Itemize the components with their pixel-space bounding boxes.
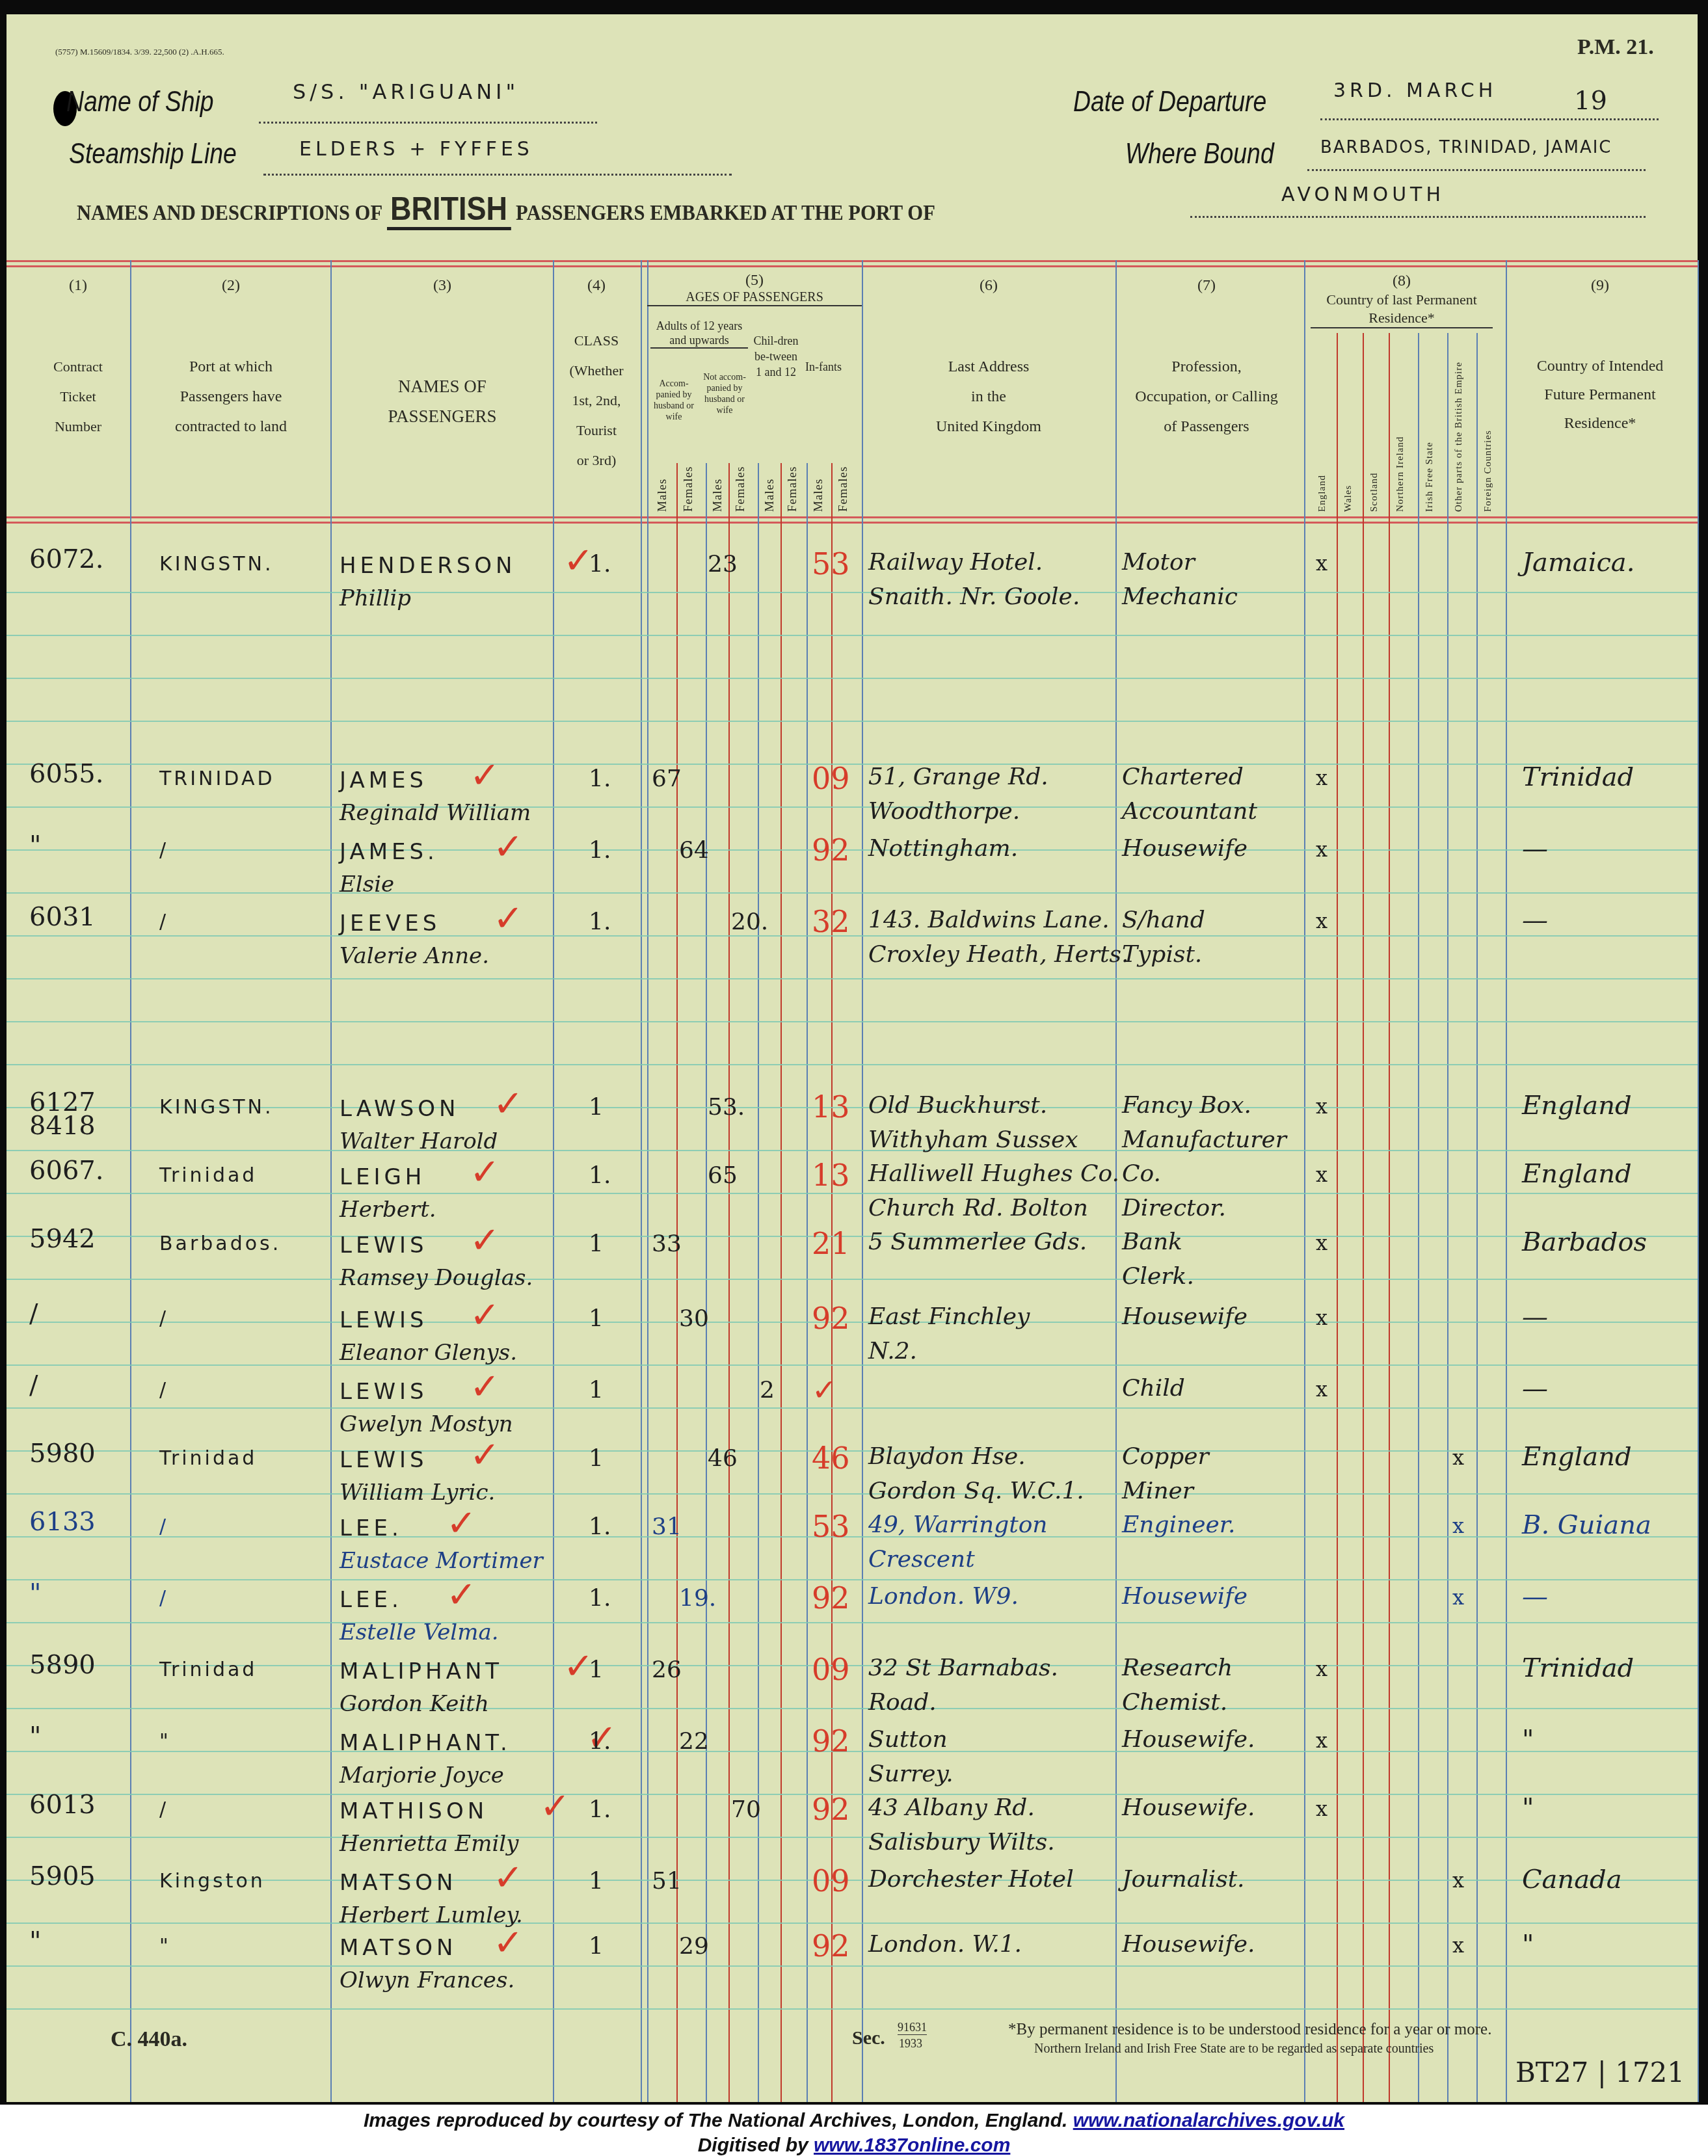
red-ink-code: 09 — [812, 1652, 850, 1687]
passenger-given-names: Herbert. — [340, 1197, 436, 1223]
red-ink-code: 92 — [812, 1792, 850, 1827]
passenger-class: 1 — [589, 1094, 604, 1121]
residence-cross-mark: x — [1452, 1933, 1464, 1958]
verified-check-icon: ✓ — [470, 754, 500, 797]
red-ink-code: 92 — [812, 832, 850, 868]
ticket-number: " — [29, 1582, 41, 1605]
verified-check-icon: ✓ — [470, 1294, 500, 1337]
col8-header: (8)Country of last Permanent Residence* — [1304, 271, 1499, 328]
verified-check-icon: ✓ — [470, 1219, 500, 1262]
passenger-given-names: Marjorie Joyce — [340, 1763, 504, 1789]
last-address-line1: Halliwell Hughes Co. — [868, 1160, 1119, 1187]
passenger-age: 22 — [679, 1728, 709, 1755]
passenger-class: 1 — [589, 1231, 604, 1257]
date-year: 19 — [1574, 86, 1607, 116]
last-address-line1: Dorchester Hotel — [868, 1866, 1074, 1893]
date-dotted-line — [1320, 118, 1659, 120]
bound-label: Where Bound — [1125, 138, 1274, 170]
future-residence: — — [1522, 1582, 1548, 1612]
last-address-line1: 143. Baldwins Lane. — [868, 907, 1110, 933]
age-subcol-0: Males — [656, 466, 670, 512]
ticket-number: 6067. — [29, 1159, 104, 1182]
print-reference: (5757) M.15609/1834. 3/39. 22,500 (2) .A… — [55, 47, 224, 57]
ticket-number: 6133 — [29, 1510, 96, 1534]
port-of-landing: KINGSTN. — [159, 1096, 274, 1119]
red-ink-code: 09 — [812, 761, 850, 796]
port-of-landing: KINGSTN. — [159, 553, 274, 576]
passenger-age: 31 — [652, 1513, 682, 1540]
port-value: AVONMOUTH — [1281, 183, 1445, 206]
ticket-number: 6013 — [29, 1793, 96, 1817]
residence-subcol-5: Other parts of the British Empire — [1454, 339, 1465, 512]
last-address-line1: Sutton — [868, 1726, 948, 1753]
passenger-class: 1 — [589, 1445, 604, 1472]
port-of-landing: " — [159, 1730, 171, 1753]
occupation-line1: Chartered — [1122, 764, 1244, 790]
occupation-line1: Housewife — [1122, 835, 1248, 862]
last-address-line1: Old Buckhurst. — [868, 1092, 1047, 1119]
passenger-age: 64 — [679, 837, 709, 864]
passenger-class: 1 — [589, 1868, 604, 1895]
passenger-given-names: Estelle Velma. — [340, 1619, 498, 1645]
passenger-age: 23 — [708, 551, 738, 578]
occupation-line1: Housewife — [1122, 1583, 1248, 1610]
occupation-line1: Fancy Box. — [1122, 1092, 1251, 1119]
ticket-number: 6055. — [29, 762, 104, 786]
port-of-landing: / — [159, 1515, 168, 1538]
last-address-line2: N.2. — [868, 1338, 917, 1364]
age-subcol-7: Females — [836, 466, 851, 512]
ticket-number: 6127 8418 — [29, 1091, 96, 1138]
verified-check-icon: ✓ — [470, 1151, 500, 1193]
bound-dotted-line — [1307, 169, 1646, 171]
ticket-number: 5890 — [29, 1653, 96, 1677]
port-of-landing: / — [159, 1587, 168, 1610]
occupation-line2: Accountant — [1122, 798, 1257, 825]
occupation-line1: Housewife — [1122, 1303, 1248, 1330]
sec-numerator: 91631 — [898, 2021, 927, 2035]
port-of-landing: / — [159, 1307, 168, 1330]
residence-subcol-2: Scotland — [1369, 339, 1380, 512]
last-address-line2: Surrey. — [868, 1761, 954, 1787]
port-of-landing: Trinidad — [159, 1447, 257, 1470]
last-address-line2: Snaith. Nr. Goole. — [868, 583, 1080, 610]
passenger-list-page: (5757) M.15609/1834. 3/39. 22,500 (2) .A… — [7, 14, 1698, 2102]
residence-cross-mark: x — [1316, 837, 1328, 862]
passenger-class: 1 — [589, 1377, 604, 1404]
last-address-line2: Woodthorpe. — [868, 798, 1020, 825]
not-accompanied-subheader: Not accom-panied by husband or wife — [701, 372, 748, 416]
passenger-surname: MALIPHANT. — [340, 1730, 511, 1756]
occupation-line1: S/hand — [1122, 907, 1205, 933]
col7-header: (7)Profession, Occupation, or Calling of… — [1112, 271, 1301, 442]
occupation-line1: Motor — [1122, 549, 1195, 576]
red-ink-code: 92 — [812, 1580, 850, 1616]
occupation-line1: Child — [1122, 1375, 1185, 1402]
occupation-line2: Clerk. — [1122, 1263, 1194, 1290]
red-ink-code: 13 — [812, 1158, 850, 1193]
residence-cross-mark: x — [1316, 1728, 1328, 1753]
last-address-line1: 5 Summerlee Gds. — [868, 1229, 1087, 1255]
future-residence: Trinidad — [1522, 1653, 1634, 1683]
last-address-line1: 49, Warrington — [868, 1511, 1048, 1538]
passenger-given-names: Gordon Keith — [340, 1691, 489, 1717]
last-address-line1: Nottingham. — [868, 835, 1018, 862]
passenger-age: 2 — [760, 1377, 775, 1404]
ticket-number: 5942 — [29, 1227, 96, 1251]
future-residence: Jamaica. — [1522, 548, 1635, 578]
verified-check-icon: ✓ — [493, 1857, 524, 1899]
port-of-landing: / — [159, 1379, 168, 1402]
sec-label: Sec. — [852, 2027, 885, 2049]
passenger-age: 26 — [652, 1657, 682, 1683]
residence-cross-mark: x — [1316, 1231, 1328, 1255]
last-address-line2: Church Rd. Bolton — [868, 1195, 1088, 1221]
passenger-surname: LEE. — [340, 1515, 403, 1541]
occupation-line1: Housewife. — [1122, 1794, 1255, 1821]
passenger-class: 1. — [589, 1728, 611, 1755]
sec-denominator: 1933 — [899, 2037, 922, 2051]
port-of-landing: / — [159, 1798, 168, 1821]
red-ink-code: 53 — [812, 1509, 850, 1544]
age-subcol-3: Females — [734, 466, 748, 512]
verified-check-icon: ✓ — [540, 1785, 570, 1828]
passenger-given-names: Valerie Anne. — [340, 943, 489, 969]
residence-cross-mark: x — [1452, 1868, 1464, 1893]
passenger-age: 70 — [731, 1796, 761, 1823]
passenger-surname: LEWIS — [340, 1447, 428, 1473]
red-ink-code: 53 — [812, 546, 850, 581]
occupation-line1: Engineer. — [1122, 1511, 1236, 1538]
port-of-landing: / — [159, 839, 168, 862]
red-ink-code: 21 — [812, 1226, 850, 1261]
accompanied-subheader: Accom-panied by husband or wife — [650, 379, 697, 423]
passenger-age: 30 — [679, 1305, 709, 1332]
verified-check-icon: ✓ — [446, 1502, 477, 1545]
passenger-given-names: Eleanor Glenys. — [340, 1340, 517, 1366]
passenger-class: 1 — [589, 1933, 604, 1960]
passenger-age: 46 — [708, 1445, 738, 1472]
verified-check-icon: ✓ — [493, 1083, 524, 1125]
future-residence: Barbados — [1522, 1227, 1647, 1257]
future-residence: Canada — [1522, 1865, 1622, 1895]
date-label: Date of Departure — [1073, 86, 1266, 118]
residence-subcol-3: Northern Ireland — [1395, 339, 1406, 512]
passenger-age: 53. — [708, 1094, 745, 1121]
passenger-surname: MALIPHANT — [340, 1658, 503, 1684]
passenger-surname: JAMES. — [340, 839, 438, 865]
last-address-line1: Blaydon Hse. — [868, 1443, 1026, 1470]
ticket-number: 5980 — [29, 1442, 96, 1465]
passenger-given-names: Olwyn Frances. — [340, 1967, 514, 1993]
occupation-line1: Housewife. — [1122, 1931, 1255, 1958]
passenger-surname: JAMES — [340, 767, 427, 793]
age-subcol-4: Males — [763, 466, 777, 512]
digitised-credit: Digitised by www.1837online.com — [0, 2135, 1708, 2156]
red-ink-code: 09 — [812, 1863, 850, 1898]
title-emph: BRITISH — [387, 191, 511, 230]
residence-subcol-0: England — [1317, 339, 1328, 512]
passenger-given-names: Henrietta Emily — [340, 1831, 518, 1857]
last-address-line1: 43 Albany Rd. — [868, 1794, 1035, 1821]
future-residence: — — [1522, 905, 1548, 935]
residence-cross-mark: x — [1316, 551, 1328, 576]
ticket-number: " — [29, 834, 41, 857]
age-subcol-6: Males — [812, 466, 826, 512]
archive-credit: Images reproduced by courtesy of The Nat… — [0, 2110, 1708, 2132]
occupation-line2: Director. — [1122, 1195, 1226, 1221]
passenger-given-names: Reginald William — [340, 800, 531, 826]
passenger-surname: LAWSON — [340, 1096, 460, 1122]
passenger-age: 51 — [652, 1868, 682, 1895]
residence-cross-mark: x — [1316, 1305, 1328, 1330]
passenger-surname: LEWIS — [340, 1379, 428, 1405]
port-of-landing: TRINIDAD — [159, 767, 275, 790]
future-residence: " — [1522, 1793, 1534, 1823]
red-ink-code: 32 — [812, 904, 850, 939]
passenger-given-names: Gwelyn Mostyn — [340, 1411, 513, 1437]
red-ink-code: 92 — [812, 1301, 850, 1336]
passenger-class: 1. — [589, 1162, 611, 1189]
passenger-class: 1. — [589, 909, 611, 935]
residence-subcol-4: Irish Free State — [1424, 339, 1435, 512]
verified-check-icon: ✓ — [470, 1366, 500, 1408]
future-residence: B. Guiana — [1522, 1510, 1651, 1540]
last-address-line2: Withyham Sussex — [868, 1126, 1078, 1153]
future-residence: — — [1522, 1302, 1548, 1332]
passenger-class: 1. — [589, 551, 611, 578]
verified-check-icon: ✓ — [493, 898, 524, 940]
ticket-number: / — [29, 1302, 38, 1325]
future-residence: England — [1522, 1442, 1632, 1472]
last-address-line1: 32 St Barnabas. — [868, 1655, 1058, 1681]
last-address-line2: Salisbury Wilts. — [868, 1829, 1055, 1856]
passenger-age: 67 — [652, 765, 682, 792]
passenger-surname: LEE. — [340, 1587, 403, 1613]
ticket-number: " — [29, 1725, 41, 1748]
passenger-given-names: Walter Harold — [340, 1128, 498, 1154]
residence-cross-mark: x — [1452, 1585, 1464, 1610]
age-subcol-1: Females — [682, 466, 696, 512]
col5-header: (5)AGES OF PASSENGERS — [647, 271, 862, 306]
future-residence: " — [1522, 1725, 1534, 1755]
1837online-link[interactable]: www.1837online.com — [814, 2135, 1010, 2156]
passenger-given-names: William Lyric. — [340, 1480, 495, 1506]
verified-check-icon: ✓ — [493, 1922, 524, 1964]
ticket-number: 6072. — [29, 548, 104, 571]
red-ink-code: 13 — [812, 1089, 850, 1125]
port-of-landing: " — [159, 1935, 171, 1958]
residence-cross-mark: x — [1316, 765, 1328, 790]
last-address-line2: Crescent — [868, 1546, 975, 1573]
archive-reference: BT27 | 1721 — [1515, 2056, 1685, 2088]
passenger-surname: LEIGH — [340, 1164, 425, 1190]
passenger-age: 65 — [708, 1162, 738, 1189]
last-address-line2: Road. — [868, 1689, 937, 1716]
passenger-class: 1. — [589, 1796, 611, 1823]
red-ink-code: ✓ — [812, 1372, 837, 1407]
future-residence: England — [1522, 1091, 1632, 1121]
occupation-line1: Journalist. — [1122, 1866, 1245, 1893]
passenger-class: 1. — [589, 1513, 611, 1540]
residence-cross-mark: x — [1452, 1513, 1464, 1538]
residence-cross-mark: x — [1316, 1377, 1328, 1402]
port-of-landing: / — [159, 911, 168, 933]
verified-check-icon: ✓ — [470, 1434, 500, 1476]
residence-cross-mark: x — [1316, 1796, 1328, 1821]
occupation-line2: Miner — [1122, 1478, 1194, 1504]
occupation-line2: Manufacturer — [1122, 1126, 1287, 1153]
last-address-line2: Croxley Heath, Herts. — [868, 941, 1128, 968]
future-residence: " — [1522, 1930, 1534, 1960]
ticket-number: " — [29, 1930, 41, 1953]
line-dotted-line — [263, 174, 732, 176]
ticket-number: / — [29, 1374, 38, 1397]
future-residence: England — [1522, 1159, 1632, 1189]
passenger-surname: MATHISON — [340, 1798, 488, 1824]
last-address-line1: Railway Hotel. — [868, 549, 1043, 576]
passenger-class: 1. — [589, 837, 611, 864]
passenger-age: 19. — [679, 1585, 716, 1612]
residence-cross-mark: x — [1316, 1162, 1328, 1187]
red-ink-code: 92 — [812, 1928, 850, 1963]
residence-subcol-6: Foreign Countries — [1483, 339, 1494, 512]
ship-label: Name of Ship — [66, 86, 214, 118]
form-number: C. 440a. — [111, 2027, 187, 2052]
passenger-class: 1 — [589, 1657, 604, 1683]
occupation-line1: Housewife. — [1122, 1726, 1255, 1753]
col6-header: (6)Last Address in the United Kingdom — [865, 271, 1112, 442]
ship-dotted-line — [259, 122, 597, 124]
passenger-given-names: Elsie — [340, 872, 394, 898]
residence-cross-mark: x — [1452, 1445, 1464, 1470]
last-address-line2: Gordon Sq. W.C.1. — [868, 1478, 1084, 1504]
ticket-number: 5905 — [29, 1865, 96, 1888]
passenger-age: 20. — [731, 909, 768, 935]
col4-header: (4)CLASS (Whether 1st, 2nd, Tourist or 3… — [554, 271, 639, 475]
passenger-surname: JEEVES — [340, 911, 440, 937]
passenger-given-names: Phillip — [340, 585, 411, 611]
passenger-surname: HENDERSON — [340, 553, 516, 579]
ship-value: S/S. "ARIGUANI" — [293, 79, 519, 104]
occupation-line2: Chemist. — [1122, 1689, 1227, 1716]
passenger-age: 29 — [679, 1933, 709, 1960]
line-value: ELDERS + FYFFES — [299, 138, 533, 161]
children-subheader: Chil-dren be-tween 1 and 12 — [753, 333, 799, 380]
title-post: PASSENGERS EMBARKED AT THE PORT OF — [516, 201, 935, 225]
last-address-line1: London. W.1. — [868, 1931, 1022, 1958]
bound-value: BARBADOS, TRINIDAD, JAMAIC — [1320, 138, 1612, 157]
occupation-line2: Typist. — [1122, 941, 1202, 968]
form-title: NAMES AND DESCRIPTIONS OF BRITISH PASSEN… — [77, 190, 935, 228]
residence-cross-mark: x — [1316, 1094, 1328, 1119]
passenger-class: 1 — [589, 1305, 604, 1332]
passenger-class: 1. — [589, 1585, 611, 1612]
passenger-age: 33 — [652, 1231, 682, 1257]
last-address-line1: East Finchley — [868, 1303, 1030, 1330]
residence-cross-mark: x — [1316, 909, 1328, 933]
col3-header: (3)NAMES OF PASSENGERS — [332, 271, 553, 431]
age-subcol-2: Males — [711, 466, 725, 512]
passenger-surname: MATSON — [340, 1935, 457, 1961]
occupation-line1: Copper — [1122, 1443, 1209, 1470]
port-of-landing: Kingston — [159, 1870, 265, 1893]
future-residence: — — [1522, 1374, 1548, 1404]
occupation-line1: Co. — [1122, 1160, 1161, 1187]
port-dotted-line — [1190, 216, 1646, 218]
passenger-surname: LEWIS — [340, 1232, 428, 1258]
form-code: P.M. 21. — [1577, 35, 1654, 60]
col1-header: (1)Contract Ticket Number — [26, 271, 130, 442]
occupation-line2: Mechanic — [1122, 583, 1238, 610]
last-address-line1: 51, Grange Rd. — [868, 764, 1048, 790]
residence-cross-mark: x — [1316, 1657, 1328, 1681]
red-ink-code: 46 — [812, 1441, 850, 1476]
footnote-ireland: Northern Ireland and Irish Free State ar… — [1034, 2042, 1434, 2056]
infants-subheader: In-fants — [804, 359, 843, 375]
passenger-given-names: Ramsey Douglas. — [340, 1265, 533, 1291]
col9-header: (9)Country of Intended Future Permanent … — [1502, 271, 1698, 438]
title-pre: NAMES AND DESCRIPTIONS OF — [77, 201, 382, 225]
port-of-landing: Trinidad — [159, 1164, 257, 1187]
verified-check-icon: ✓ — [493, 826, 524, 868]
date-value: 3RD. MARCH — [1333, 79, 1497, 102]
ticket-number: 6031 — [29, 905, 96, 929]
red-ink-code: 92 — [812, 1723, 850, 1759]
occupation-line1: Research — [1122, 1655, 1233, 1681]
future-residence: Trinidad — [1522, 762, 1634, 792]
passenger-class: 1. — [589, 765, 611, 792]
occupation-line1: Bank — [1122, 1229, 1182, 1255]
line-label: Steamship Line — [69, 138, 237, 170]
passenger-surname: LEWIS — [340, 1307, 428, 1333]
residence-subcol-1: Wales — [1343, 339, 1354, 512]
adults-subheader: Adults of 12 years and upwards — [650, 319, 748, 349]
verified-check-icon: ✓ — [446, 1574, 477, 1616]
passenger-surname: MATSON — [340, 1870, 457, 1896]
footnote-permanent-residence: *By permanent residence is to be underst… — [1008, 2021, 1491, 2039]
passenger-given-names: Eustace Mortimer — [340, 1548, 543, 1574]
last-address-line1: London. W9. — [868, 1583, 1019, 1610]
port-of-landing: Barbados. — [159, 1232, 281, 1255]
national-archives-link[interactable]: www.nationalarchives.gov.uk — [1073, 2110, 1344, 2131]
port-of-landing: Trinidad — [159, 1658, 257, 1681]
col2-header: (2)Port at which Passengers have contrac… — [131, 271, 330, 442]
future-residence: — — [1522, 834, 1548, 864]
age-subcol-5: Females — [786, 466, 800, 512]
